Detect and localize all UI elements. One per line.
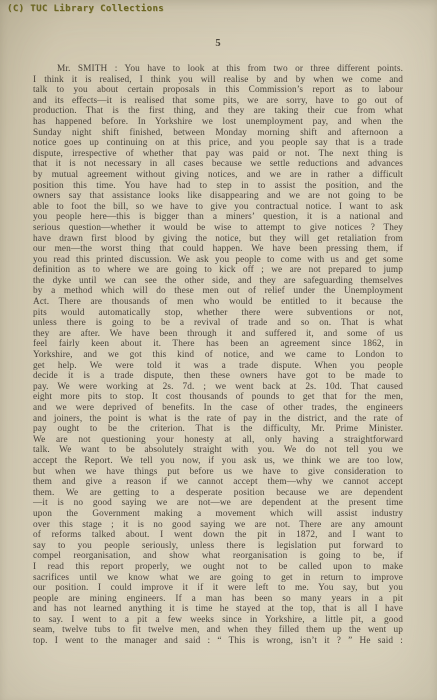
text-line: to say. I went to a pit a few weeks sinc… (33, 615, 403, 626)
copyright-watermark: (C) TUC Library Collections (7, 4, 164, 14)
text-line: but when we have things put before us we… (33, 467, 403, 478)
text-line: pay ought to be the criterion. That is t… (33, 424, 403, 435)
text-line: our men—the worst thing that could happe… (33, 244, 403, 255)
text-line: people are mining engineers. If a man ha… (33, 594, 403, 605)
scanned-page: (C) TUC Library Collections 5 Mr. SMITH … (0, 0, 437, 700)
text-line: you read this printed discussion. We ask… (33, 255, 403, 266)
text-line: them. We are getting to a desperate posi… (33, 488, 403, 499)
text-line: sacrifices until we know what we are goi… (33, 573, 403, 584)
text-line: Sunday night shift finished, between Mon… (33, 128, 403, 139)
text-line: eight more pits to stop. It cost thousan… (33, 392, 403, 403)
text-line: by a method which will do these men out … (33, 286, 403, 297)
text-line: over this stage ; it is no good saying w… (33, 520, 403, 531)
text-line: Act. There are thousands of men who woul… (33, 297, 403, 308)
text-line: I think it is realised, I think you will… (33, 75, 403, 86)
text-line: pits would automatically stop, whether t… (33, 308, 403, 319)
text-line: you people here—this is bigger than a mi… (33, 212, 403, 223)
text-line: of reforms talked about. I went down the… (33, 530, 403, 541)
text-line: seam, twelve tubs to fit twelve men, and… (33, 625, 403, 636)
text-line: and its effects—it is realised that some… (33, 96, 403, 107)
text-line: upon the Government making a movement wh… (33, 509, 403, 520)
text-line: unless there is going to be a revival of… (33, 318, 403, 329)
text-line: and joiners, the point is what is the ra… (33, 414, 403, 425)
text-line: the dyke until we can see the other side… (33, 276, 403, 287)
text-line: say to you people seriously, unless ther… (33, 541, 403, 552)
text-line: pay. We were working at 2s. 7d. ; we wen… (33, 382, 403, 393)
text-line: that it is not necessary in all cases be… (33, 159, 403, 170)
text-line: has happened before. In Yorkshire we los… (33, 117, 403, 128)
page-text: Mr. SMITH : You have to look at this fro… (33, 64, 403, 647)
text-line: production. That is the first thing, and… (33, 106, 403, 117)
text-line: they are after. We have been through it … (33, 329, 403, 340)
text-line: definition as to where we are going to k… (33, 265, 403, 276)
text-line: compel reorganisation, and show what reo… (33, 551, 403, 562)
text-line: decide it is a trade dispute, then these… (33, 371, 403, 382)
text-line: Mr. SMITH : You have to look at this fro… (33, 64, 403, 75)
text-line: get help. We were told it was a trade di… (33, 361, 403, 372)
text-line: talk. We want to be absolutely straight … (33, 445, 403, 456)
page-number: 5 (33, 38, 403, 49)
text-line: owners say that assistance looks like di… (33, 191, 403, 202)
text-line: our position. I could improve it if it w… (33, 583, 403, 594)
text-line: —it is no good saying we are not—we are … (33, 498, 403, 509)
text-line: talk to you about certain proposals in t… (33, 85, 403, 96)
text-line: able to foot the bill, so we have to giv… (33, 202, 403, 213)
text-line: and we were deprived of benefits. In the… (33, 403, 403, 414)
text-line: position this time. You have had to step… (33, 181, 403, 192)
text-line: I read this report properly, we ought no… (33, 562, 403, 573)
text-line: and has not learned anything it is time … (33, 604, 403, 615)
text-line: Yorkshire, and we got this kind of notic… (33, 350, 403, 361)
text-line: them and give a reason if we cannot acce… (33, 477, 403, 488)
text-line: by mutual agreement without giving notic… (33, 170, 403, 181)
text-line: top. I went to the manager and said : “ … (33, 636, 403, 647)
text-line: feel fairly keen about it. There has bee… (33, 339, 403, 350)
text-line: notice goes up continuing on at this pri… (33, 138, 403, 149)
text-line: We are not questioning your honesty at a… (33, 435, 403, 446)
text-line: serious question—whether it would be wis… (33, 223, 403, 234)
text-line: dispute, irrespective of whether that pa… (33, 149, 403, 160)
text-line: accept the Report. We tell you now, if y… (33, 456, 403, 467)
text-line: have drawn first blood by giving the not… (33, 234, 403, 245)
